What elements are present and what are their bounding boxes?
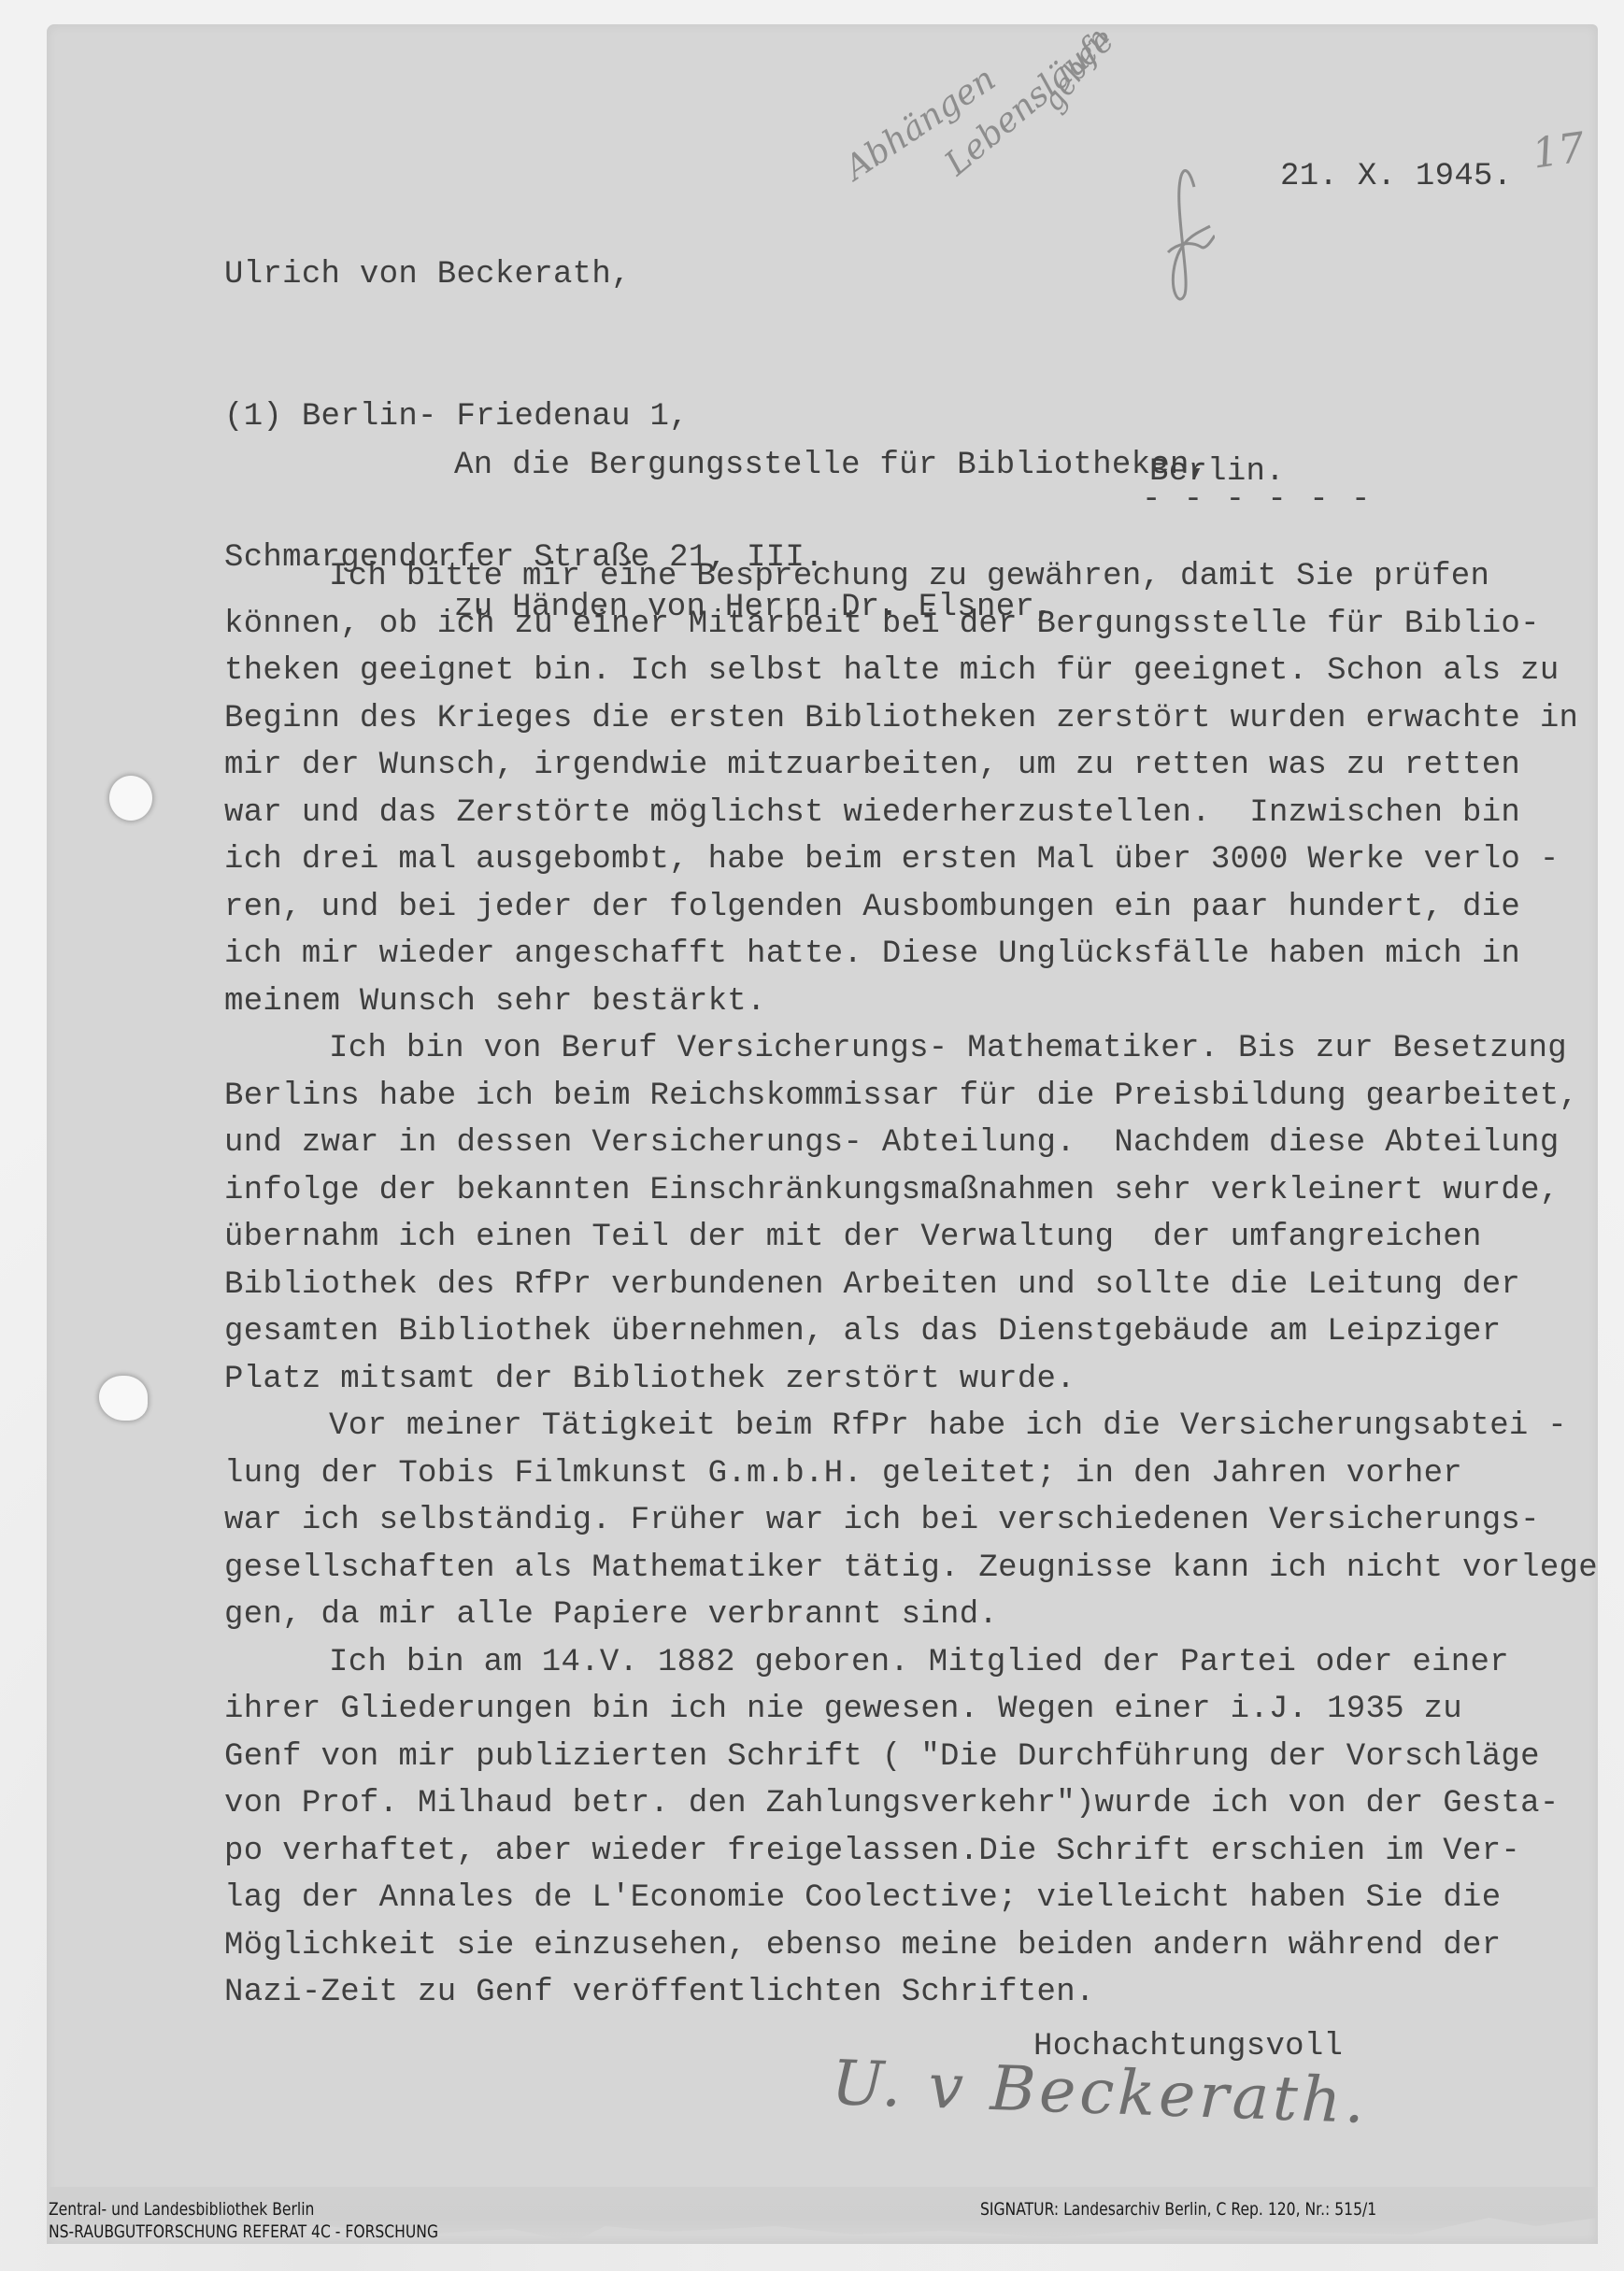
paragraph-line: Berlins habe ich beim Reichskommissar fü… — [224, 1073, 1598, 1121]
paragraph-line: lung der Tobis Filmkunst G.m.b.H. geleit… — [224, 1450, 1598, 1498]
paragraph-line: meinem Wunsch sehr bestärkt. — [224, 978, 1598, 1026]
paragraph-line: können, ob ich zu einer Mitarbeit bei de… — [224, 601, 1598, 649]
paragraph-line: ihrer Gliederungen bin ich nie gewesen. … — [224, 1686, 1598, 1734]
letter-body: Ich bitte mir eine Besprechung zu gewähr… — [224, 553, 1598, 2017]
footer-department: NS-RAUBGUTFORSCHUNG REFERAT 4C - FORSCHU… — [49, 2221, 438, 2243]
paragraph-line: ich mir wieder angeschafft hatte. Diese … — [224, 931, 1598, 978]
city-underline: - - - - - - — [1142, 477, 1372, 524]
archive-footer-left: Zentral- und Landesbibliothek Berlin NS-… — [49, 2198, 438, 2243]
paragraph-line: Genf von mir publizierten Schrift ( "Die… — [224, 1734, 1598, 1781]
paragraph-line: lag der Annales de L'Economie Coolective… — [224, 1875, 1598, 1922]
paragraph-line: Platz mitsamt der Bibliothek zerstört wu… — [224, 1356, 1598, 1404]
footer-library-name: Zentral- und Landesbibliothek Berlin — [49, 2198, 438, 2221]
paragraph-line: ich drei mal ausgebombt, habe beim erste… — [224, 836, 1598, 884]
punch-hole-icon — [109, 776, 152, 821]
paragraph-line: Möglichkeit sie einzusehen, ebenso meine… — [224, 1922, 1598, 1970]
handwritten-page-number: 17 — [1530, 123, 1588, 178]
handwritten-initials-icon — [1075, 150, 1215, 308]
paragraph-first-line: Ich bitte mir eine Besprechung zu gewähr… — [224, 553, 1598, 601]
punch-hole-icon — [99, 1376, 148, 1421]
paragraph-line: Nazi-Zeit zu Genf veröffentlichten Schri… — [224, 1969, 1598, 2017]
paragraph-line: mir der Wunsch, irgendwie mitzuarbeiten,… — [224, 742, 1598, 790]
paragraph-line: Bibliothek des RfPr verbundenen Arbeiten… — [224, 1262, 1598, 1309]
letter-date: 21. X. 1945. — [1280, 153, 1512, 201]
paragraph-line: gen, da mir alle Papiere verbrannt sind. — [224, 1592, 1598, 1639]
paragraph-line: war und das Zerstörte möglichst wiederhe… — [224, 790, 1598, 837]
paragraph-line: und zwar in dessen Versicherungs- Abteil… — [224, 1120, 1598, 1167]
archive-signature: SIGNATUR: Landesarchiv Berlin, C Rep. 12… — [980, 2198, 1376, 2221]
paragraph-first-line: Vor meiner Tätigkeit beim RfPr habe ich … — [224, 1403, 1598, 1450]
paragraph-line: ren, und bei jeder der folgenden Ausbomb… — [224, 884, 1598, 932]
recipient-line: An die Bergungsstelle für Bibliotheken, — [454, 442, 1208, 490]
paragraph-line: von Prof. Milhaud betr. den Zahlungsverk… — [224, 1780, 1598, 1828]
paragraph-line: gesamten Bibliothek übernehmen, als das … — [224, 1308, 1598, 1356]
paragraph-first-line: Ich bin von Beruf Versicherungs- Mathema… — [224, 1025, 1598, 1073]
paragraph-line: übernahm ich einen Teil der mit der Verw… — [224, 1214, 1598, 1262]
sender-name: Ulrich von Beckerath, — [224, 251, 824, 299]
paragraph-line: Beginn des Krieges die ersten Bibliothek… — [224, 695, 1598, 743]
paragraph-first-line: Ich bin am 14.V. 1882 geboren. Mitglied … — [224, 1639, 1598, 1687]
paragraph-line: po verhaftet, aber wieder freigelassen.D… — [224, 1828, 1598, 1876]
paragraph-line: war ich selbständig. Früher war ich bei … — [224, 1497, 1598, 1545]
paragraph-line: gesellschaften als Mathematiker tätig. Z… — [224, 1545, 1598, 1593]
paragraph-line: theken geeignet bin. Ich selbst halte mi… — [224, 648, 1598, 695]
paragraph-line: infolge der bekannten Einschränkungsmaßn… — [224, 1167, 1598, 1215]
